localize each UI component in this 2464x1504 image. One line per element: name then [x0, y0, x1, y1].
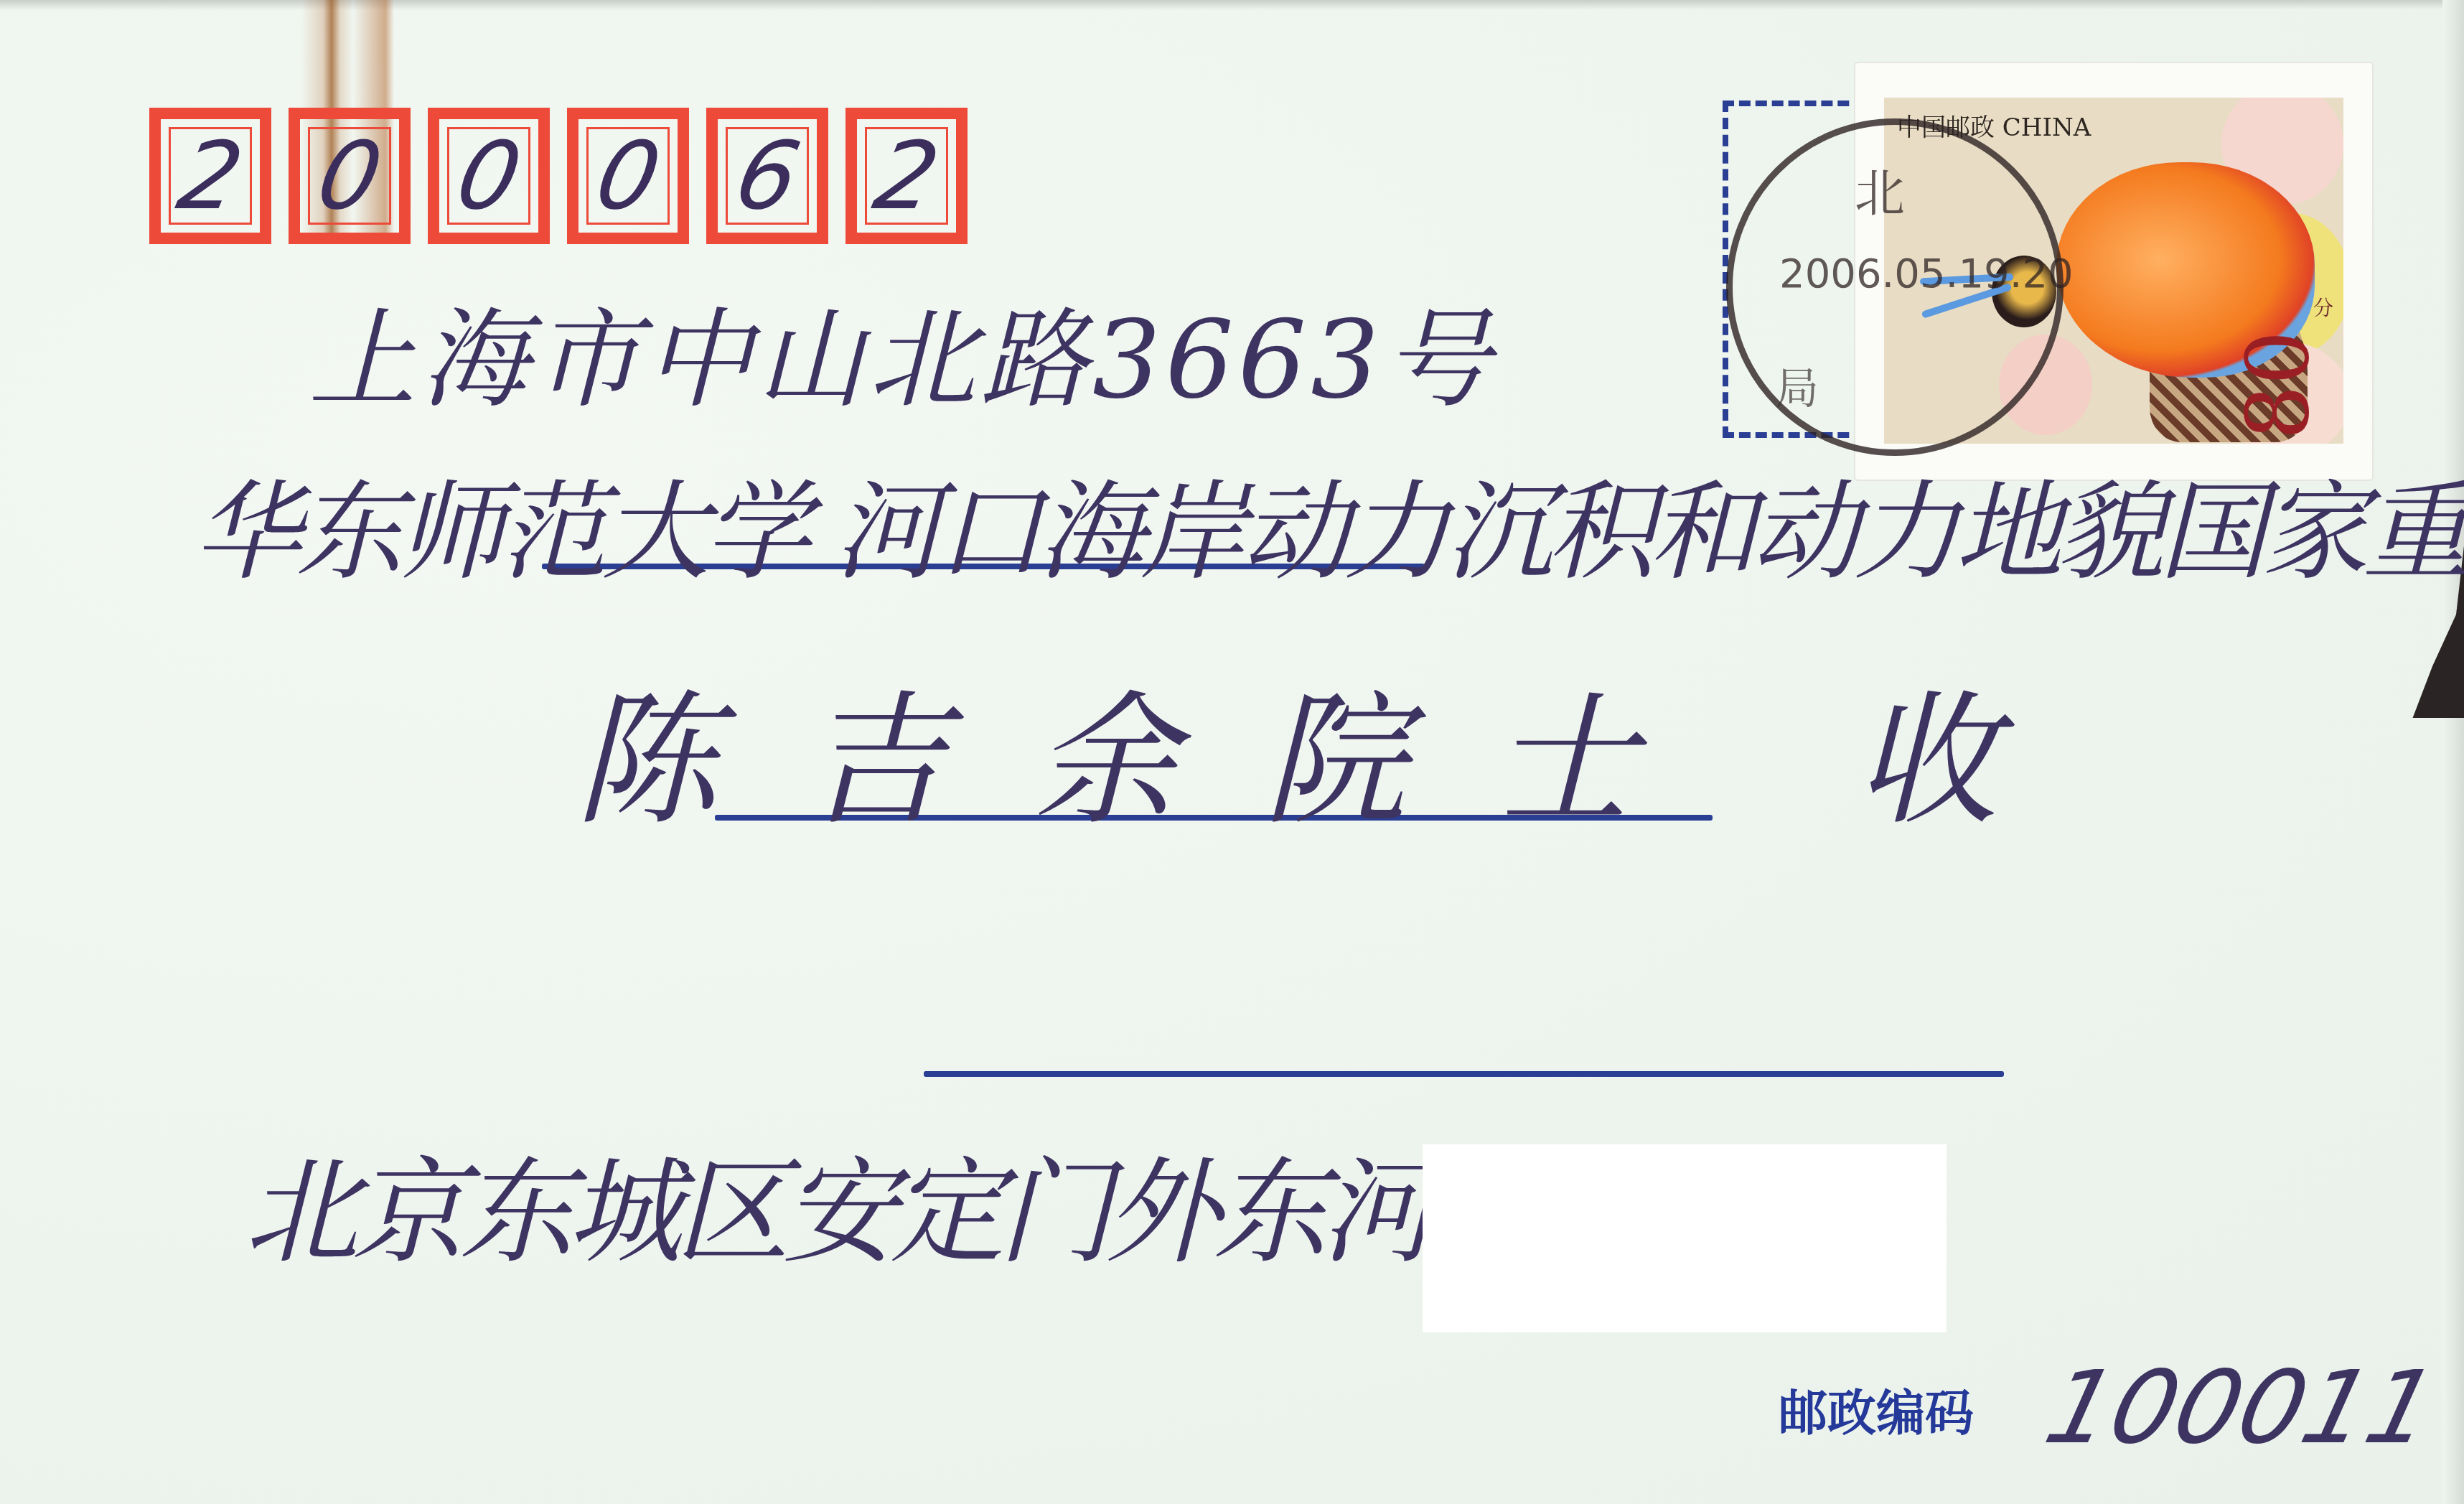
recipient-postcode-boxes: 2 0 0 0 6 2: [149, 108, 968, 244]
postmark: 北 2006.05.19.20 局: [1726, 118, 2064, 456]
postmark-city: 北: [1855, 154, 1905, 226]
postcode-box: 0: [289, 108, 411, 244]
postcode-digit: 6: [726, 121, 808, 230]
postcode-box: 0: [567, 108, 689, 244]
envelope-right-edge: [2442, 0, 2464, 1504]
sender-postcode: 100011: [2035, 1350, 2447, 1467]
sender-postcode-label: 邮政编码: [1779, 1375, 1974, 1444]
postcode-digit: 0: [586, 121, 669, 230]
redaction-block: [1423, 1144, 1947, 1332]
sender-rule-line: [924, 1071, 2004, 1077]
recipient-address-line1: 上海市中山北路3663号: [309, 273, 1496, 428]
postcode-box: 2: [149, 108, 271, 244]
postcode-box: 6: [706, 108, 828, 244]
stamp-value: 80: [2229, 330, 2328, 440]
postcode-digit: 2: [865, 121, 947, 230]
postcode-digit: 0: [308, 121, 390, 230]
postmark-bottom: 局: [1776, 355, 1819, 416]
recipient-address-line2: 华东师范大学 河口海岸动力沉积和动力地貌国家重点实验室: [194, 445, 2464, 600]
postmark-date: 2006.05.19.20: [1779, 251, 2074, 297]
stamp-unit: 分: [2313, 293, 2333, 322]
postcode-box: 0: [428, 108, 550, 244]
postcode-box: 2: [845, 108, 968, 244]
recipient-name: 陈吉余院士 收: [574, 646, 2084, 852]
postcode-digit: 2: [169, 121, 251, 230]
postcode-digit: 0: [447, 121, 530, 230]
envelope: 2 0 0 0 6 2 中国邮政 CHINA 分 80 北 2006.05.19…: [0, 0, 2464, 1504]
